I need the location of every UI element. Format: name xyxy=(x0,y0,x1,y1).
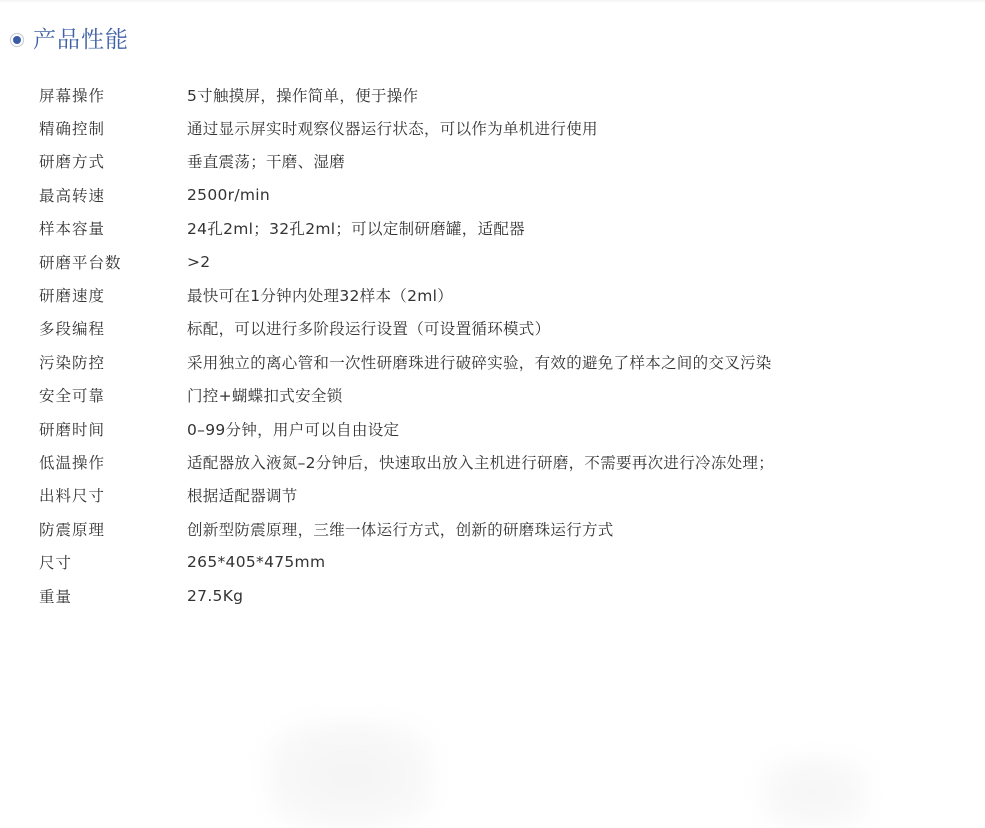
spec-label: 屏幕操作 xyxy=(39,84,187,106)
spec-row: 最高转速 2500r/min xyxy=(39,178,774,211)
spec-value: 0–99分钟，用户可以自由设定 xyxy=(187,418,399,440)
spec-label: 精确控制 xyxy=(39,117,187,139)
spec-value: >2 xyxy=(187,253,210,271)
spec-row: 研磨方式 垂直震荡；干磨、湿磨 xyxy=(39,145,774,178)
spec-label: 最高转速 xyxy=(39,184,187,206)
spec-row: 出料尺寸 根据适配器调节 xyxy=(39,479,774,512)
spec-value: 采用独立的离心管和一次性研磨珠进行破碎实验，有效的避免了样本之间的交叉污染 xyxy=(187,351,772,373)
spec-row: 研磨时间 0–99分钟，用户可以自由设定 xyxy=(39,412,774,445)
spec-row: 屏幕操作 5寸触摸屏，操作简单，便于操作 xyxy=(39,78,774,111)
spec-row: 防震原理 创新型防震原理，三维一体运行方式，创新的研磨珠运行方式 xyxy=(39,512,774,545)
spec-label: 低温操作 xyxy=(39,451,187,473)
spec-row: 尺寸 265*405*475mm xyxy=(39,545,774,578)
spec-row: 安全可靠 门控+蝴蝶扣式安全锁 xyxy=(39,379,774,412)
spec-label: 重量 xyxy=(39,585,187,607)
spec-value: 创新型防震原理，三维一体运行方式，创新的研磨珠运行方式 xyxy=(187,518,614,540)
spec-value: 通过显示屏实时观察仪器运行状态，可以作为单机进行使用 xyxy=(187,117,598,139)
spec-label: 多段编程 xyxy=(39,317,187,339)
spec-row: 多段编程 标配，可以进行多阶段运行设置（可设置循环模式） xyxy=(39,312,774,345)
spec-value: 265*405*475mm xyxy=(187,553,325,571)
spec-value: 2500r/min xyxy=(187,186,270,204)
spec-label: 研磨方式 xyxy=(39,150,187,172)
faded-image-left xyxy=(265,720,435,828)
spec-row: 研磨速度 最快可在1分钟内处理32样本（2ml） xyxy=(39,278,774,311)
spec-label: 安全可靠 xyxy=(39,384,187,406)
spec-table: 屏幕操作 5寸触摸屏，操作简单，便于操作 精确控制 通过显示屏实时观察仪器运行状… xyxy=(39,78,774,612)
spec-label: 研磨速度 xyxy=(39,284,187,306)
section-header: 产品性能 xyxy=(10,23,129,57)
spec-value: 标配，可以进行多阶段运行设置（可设置循环模式） xyxy=(187,317,550,339)
spec-row: 研磨平台数 >2 xyxy=(39,245,774,278)
spec-value: 垂直震荡；干磨、湿磨 xyxy=(187,150,345,172)
spec-label: 研磨时间 xyxy=(39,418,187,440)
spec-label: 防震原理 xyxy=(39,518,187,540)
spec-row: 污染防控 采用独立的离心管和一次性研磨珠进行破碎实验，有效的避免了样本之间的交叉… xyxy=(39,345,774,378)
radio-bullet-icon xyxy=(10,33,24,47)
spec-label: 样本容量 xyxy=(39,217,187,239)
spec-value: 门控+蝴蝶扣式安全锁 xyxy=(187,384,343,406)
spec-label: 研磨平台数 xyxy=(39,251,187,273)
bullet-dot xyxy=(13,36,21,44)
top-divider xyxy=(0,0,985,3)
spec-value: 最快可在1分钟内处理32样本（2ml） xyxy=(187,284,453,306)
spec-label: 出料尺寸 xyxy=(39,484,187,506)
spec-value: 5寸触摸屏，操作简单，便于操作 xyxy=(187,84,418,106)
section-title: 产品性能 xyxy=(33,23,129,57)
spec-value: 根据适配器调节 xyxy=(187,484,298,506)
spec-value: 适配器放入液氮–2分钟后，快速取出放入主机进行研磨，不需要再次进行冷冻处理； xyxy=(187,451,774,473)
spec-label: 污染防控 xyxy=(39,351,187,373)
spec-label: 尺寸 xyxy=(39,551,187,573)
spec-value: 24孔2ml；32孔2ml；可以定制研磨罐，适配器 xyxy=(187,217,525,239)
spec-row: 样本容量 24孔2ml；32孔2ml；可以定制研磨罐，适配器 xyxy=(39,212,774,245)
spec-value: 27.5Kg xyxy=(187,587,243,605)
spec-row: 重量 27.5Kg xyxy=(39,579,774,612)
spec-row: 精确控制 通过显示屏实时观察仪器运行状态，可以作为单机进行使用 xyxy=(39,111,774,144)
spec-row: 低温操作 适配器放入液氮–2分钟后，快速取出放入主机进行研磨，不需要再次进行冷冻… xyxy=(39,445,774,478)
faded-image-right xyxy=(760,755,870,828)
